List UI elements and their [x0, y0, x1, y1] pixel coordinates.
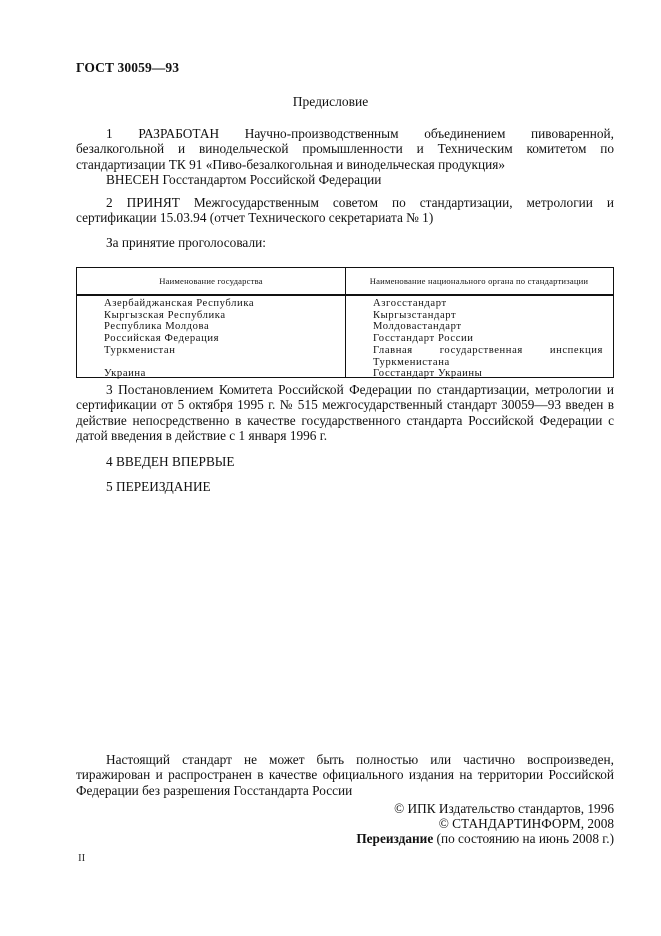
preface-item-1: 1 РАЗРАБОТАН Научно-производственным объ… — [76, 126, 614, 172]
preface-item-3: 3 Постановлением Комитета Российской Фед… — [76, 382, 614, 443]
header-national-body: Наименование национального органа по ста… — [345, 268, 613, 294]
table-cell-state: Кыргызская Республика — [104, 310, 334, 322]
reissue-label: Переиздание — [356, 831, 433, 846]
preface-submitted: ВНЕСЕН Госстандартом Российской Федераци… — [76, 172, 614, 187]
preface-title: Предисловие — [0, 94, 661, 110]
preface-item-4: 4 ВВЕДЕН ВПЕРВЫЕ — [76, 454, 614, 469]
table-cell-state: Азербайджанская Республика — [104, 298, 334, 310]
table-header: Наименование государства Наименование на… — [77, 268, 613, 296]
table-body: Азербайджанская Республика Кыргызская Ре… — [77, 296, 613, 377]
table-cell-body: Госстандарт Украины — [373, 368, 603, 380]
national-body-column: Азгосстандарт Кыргызстандарт Молдовастан… — [373, 298, 603, 380]
page-number: II — [78, 852, 85, 864]
document-code: ГОСТ 30059—93 — [76, 60, 179, 76]
table-cell-body: Кыргызстандарт — [373, 310, 603, 322]
table-cell-body: Азгосстандарт — [373, 298, 603, 310]
table-cell-body: Главная государственная инспекция Туркме… — [373, 345, 603, 368]
copyright-block: © ИПК Издательство стандартов, 1996 © СТ… — [356, 801, 614, 846]
table-cell-state: Украина — [104, 368, 334, 380]
table-cell-body: Молдовастандарт — [373, 321, 603, 333]
row-spacer — [104, 357, 334, 369]
vote-table: Наименование государства Наименование на… — [76, 267, 614, 378]
copyright-line-1: © ИПК Издательство стандартов, 1996 — [356, 801, 614, 816]
state-column: Азербайджанская Республика Кыргызская Ре… — [104, 298, 334, 380]
table-cell-body: Госстандарт России — [373, 333, 603, 345]
header-state: Наименование государства — [77, 268, 345, 294]
preface-item-2: 2 ПРИНЯТ Межгосударственным советом по с… — [76, 195, 614, 226]
vote-intro: За принятие проголосовали: — [76, 235, 614, 250]
reissue-note: (по состоянию на июнь 2008 г.) — [433, 831, 614, 846]
preface-item-5: 5 ПЕРЕИЗДАНИЕ — [76, 479, 614, 494]
copyright-line-2: © СТАНДАРТИНФОРМ, 2008 — [356, 816, 614, 831]
table-cell-state: Республика Молдова — [104, 321, 334, 333]
reproduction-notice: Настоящий стандарт не может быть полност… — [76, 752, 614, 798]
table-cell-state: Туркменистан — [104, 345, 334, 357]
reissue-line: Переиздание (по состоянию на июнь 2008 г… — [356, 831, 614, 846]
table-cell-state: Российская Федерация — [104, 333, 334, 345]
